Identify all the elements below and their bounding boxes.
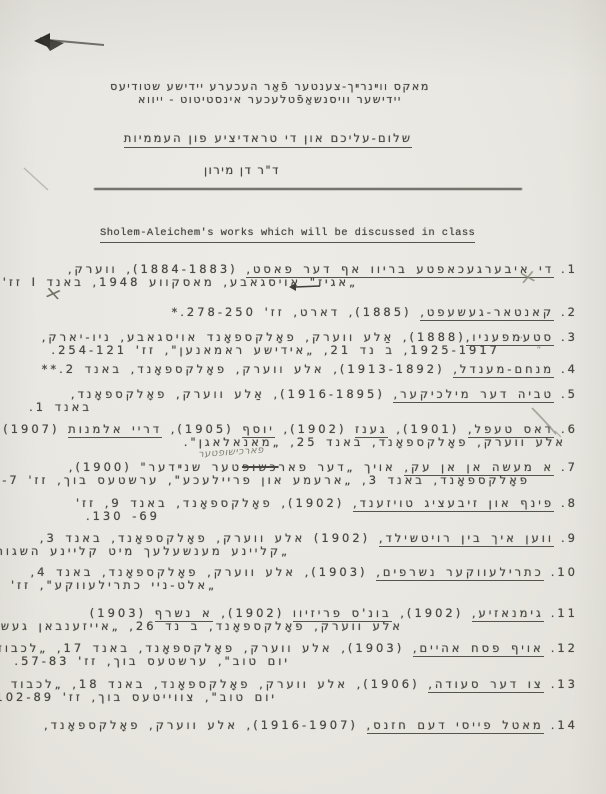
list-item: 12.אויף פסח אהיים, (1903), אלע ווערק, פא… — [0, 642, 578, 668]
list-item-line: 4.מנחם-מענדל, (1913-1892), אלע ווערק, פא… — [42, 363, 578, 376]
list-item-line: פאָלקספאָנד, באנד 3, „ארעמע און פריילעכע… — [0, 474, 578, 487]
pencil-x-mark-left: × — [42, 284, 64, 305]
list-item: 3.סטעמפעניו,(1888), אַלע ווערק, פאָלקספא… — [42, 331, 578, 357]
list-item-text: כשופ — [242, 460, 279, 474]
work-title: ווען איך בין רויטשילד, — [379, 531, 554, 547]
work-title: דריי אלמנות — [68, 422, 162, 438]
list-item-text: (1906), אלע ווערק, פאָלקספאָנד, באנד 18,… — [11, 677, 428, 691]
list-item-number: 5. — [561, 387, 578, 401]
pencil-stroke-right — [528, 406, 564, 440]
list-item: 5.טביה דער מילכיקער, (1916-1895), אַלע ו… — [29, 388, 578, 414]
list-item-number: 9. — [561, 531, 578, 545]
list-item-number: 8. — [561, 496, 578, 510]
list-item-number: 13. — [551, 677, 578, 691]
list-item-text: יום טוב", צווייטעס בוך, זז' 102-89. — [0, 690, 277, 704]
list-item: 7.א מעשה אן אן עק, אויך „דער פארכשופטער … — [0, 461, 578, 487]
work-title: מנחם-מענדל, — [453, 362, 554, 378]
list-item-number: 12. — [551, 641, 578, 655]
list-item-text: (1901), — [388, 422, 468, 436]
work-title: אויף פסח אהיים, — [413, 641, 544, 657]
pencil-x-mark-right: × — [517, 266, 539, 288]
list-item-text: (1905), — [162, 422, 242, 436]
list-item-text: אלע ווערק, פאָלקספאָנד, ב נד 26, „אייזענ… — [0, 619, 403, 633]
list-item: 8.פינף און זיבעציג טויזענד, (1902), פאָל… — [76, 497, 578, 523]
work-title: פינף און זיבעציג טויזענד, — [353, 496, 554, 512]
list-item-text: (1907) — [3, 422, 68, 436]
list-item-text: (1903), אלע ווערק, פאָלקספאָנד, באנד 4, — [31, 565, 377, 579]
list-item-line: באנד 1. — [29, 401, 578, 414]
list-item-line: 14.מאטל פייסי דעם חזנס, (1916-1907), אלע… — [44, 719, 578, 732]
work-title: גימנאזיע, — [472, 606, 544, 622]
list-item-text: טער שנײדער" (1900), — [69, 460, 242, 474]
list-item-line: יום טוב", ערשטעס בוך, זז' 57-83. — [0, 655, 578, 668]
list-item: 6.דאס טעפל, (1901), גענז (1902), יוסף (1… — [3, 423, 578, 449]
list-item-number: 14. — [551, 718, 578, 732]
list-item-number: 3. — [561, 330, 578, 344]
list-item-text: פאָלקספאָנד, באנד 3, „ארעמע און פריילעכע… — [0, 473, 530, 487]
list-item-number: 1. — [561, 262, 578, 276]
list-item-text: 1925-1917, ב נד 21, „אידישע ראמאנען", זז… — [51, 343, 500, 357]
work-title: צו דער סעודה, — [428, 677, 543, 693]
work-title: כתרילעווקער נשרפים, — [376, 565, 544, 581]
list-item: 11.גימנאזיע, (1902), בונ'ס פריזיוו (1902… — [0, 607, 578, 633]
list-item-text: „קליינע מענשעלעך מיט קליינע השגות", זז' … — [0, 544, 290, 558]
list-item-line: 1925-1917, ב נד 21, „אידישע ראמאנען", זז… — [42, 344, 578, 357]
list-item-number: 7. — [561, 460, 578, 474]
list-item-line: 69- 130. — [76, 510, 578, 523]
list-item: 2.קאנטאר-געשעפט, (1885), דארט, זז' 278-2… — [171, 306, 578, 319]
work-title: קאנטאר-געשעפט, — [420, 305, 554, 321]
work-title: טביה דער מילכיקער, — [393, 387, 554, 403]
list-item: 4.מנחם-מענדל, (1913-1892), אלע ווערק, פא… — [42, 363, 578, 376]
list-item-text: (1902), פאָלקספאָנד, באנד 9, זז' — [76, 496, 353, 510]
list-item-line: „אלט-ניי כתרילעווקע", זז' 60-7. — [0, 579, 578, 592]
list-item-number: 10. — [551, 565, 578, 579]
list-item-text: יום טוב", ערשטעס בוך, זז' 57-83. — [14, 654, 290, 668]
list-item-text: (1903), אלע ווערק, פאָלקספאָנד, באנד 17,… — [0, 641, 413, 655]
list-item-text: (1902), — [392, 606, 472, 620]
list-item-text: באנד 1. — [29, 400, 92, 414]
list-item-text: (1885), דארט, זז' 278-250.* — [171, 305, 420, 319]
list-item-text: 69- 130. — [86, 509, 160, 523]
pencil-arrow-icon — [288, 280, 322, 292]
list-item-line: אלע ווערק, פאָלקספאָנד, באנד 25, „מאנאלא… — [3, 436, 578, 449]
list-item: 9.ווען איך בין רויטשילד, (1902) אלע ווער… — [0, 532, 578, 558]
list-item-number: 4. — [561, 362, 578, 376]
list-item-text: (1888), אַלע ווערק, פאָלקספאָנד אויסגאבע… — [42, 330, 466, 344]
list-item-text: „אלט-ניי כתרילעווקע", זז' 60-7. — [0, 578, 217, 592]
list-item-number: 11. — [551, 606, 578, 620]
list-item-text: (1903) — [90, 606, 155, 620]
list-item-line: יום טוב", צווייטעס בוך, זז' 102-89. — [0, 691, 578, 704]
list-item-text: (1902), — [213, 606, 293, 620]
list-item-text: אויך „דער פאר — [279, 460, 405, 474]
list-item-line: „קליינע מענשעלעך מיט קליינע השגות", זז' … — [0, 545, 578, 558]
list-item: 13.צו דער סעודה, (1906), אלע ווערק, פאָל… — [0, 678, 578, 704]
list-item-line: 5.טביה דער מילכיקער, (1916-1895), אַלע ו… — [29, 388, 578, 401]
list-item-text: (1913-1892), אלע ווערק, פאָלקספאָנד, באנ… — [42, 362, 454, 376]
list-item-text: (1902), — [275, 422, 355, 436]
list-item-line: 2.קאנטאר-געשעפט, (1885), דארט, זז' 278-2… — [171, 306, 578, 319]
list-item-line: אלע ווערק, פאָלקספאָנד, ב נד 26, „אייזענ… — [0, 620, 578, 633]
list-item-text: (1916-1907), אלע ווערק, פאָלקספאָנד, — [44, 718, 367, 732]
work-title: מאטל פייסי דעם חזנס, — [367, 718, 544, 734]
list-item: 14.מאטל פייסי דעם חזנס, (1916-1907), אלע… — [44, 719, 578, 732]
works-list: 1.די איבערגעכאפטע בריוו אף דער פאסט, (18… — [0, 0, 578, 794]
scanned-syllabus-page: מאקס ווײנרײך-צענטער פֿאַר העכערע יידישע … — [0, 0, 606, 794]
list-item-text: (1884-1883), ווערק, — [68, 262, 246, 276]
list-item-text: (1902) אלע ווערק, פאָלקספאָנד, באנד 3, — [40, 531, 379, 545]
list-item: 10.כתרילעווקער נשרפים, (1903), אלע ווערק… — [0, 566, 578, 592]
pencil-ditto-mark: ” — [518, 336, 524, 346]
list-item-text: (1916-1895), אַלע ווערק, פאָלקספאָנד, — [71, 387, 394, 401]
list-item-number: 2. — [561, 305, 578, 319]
